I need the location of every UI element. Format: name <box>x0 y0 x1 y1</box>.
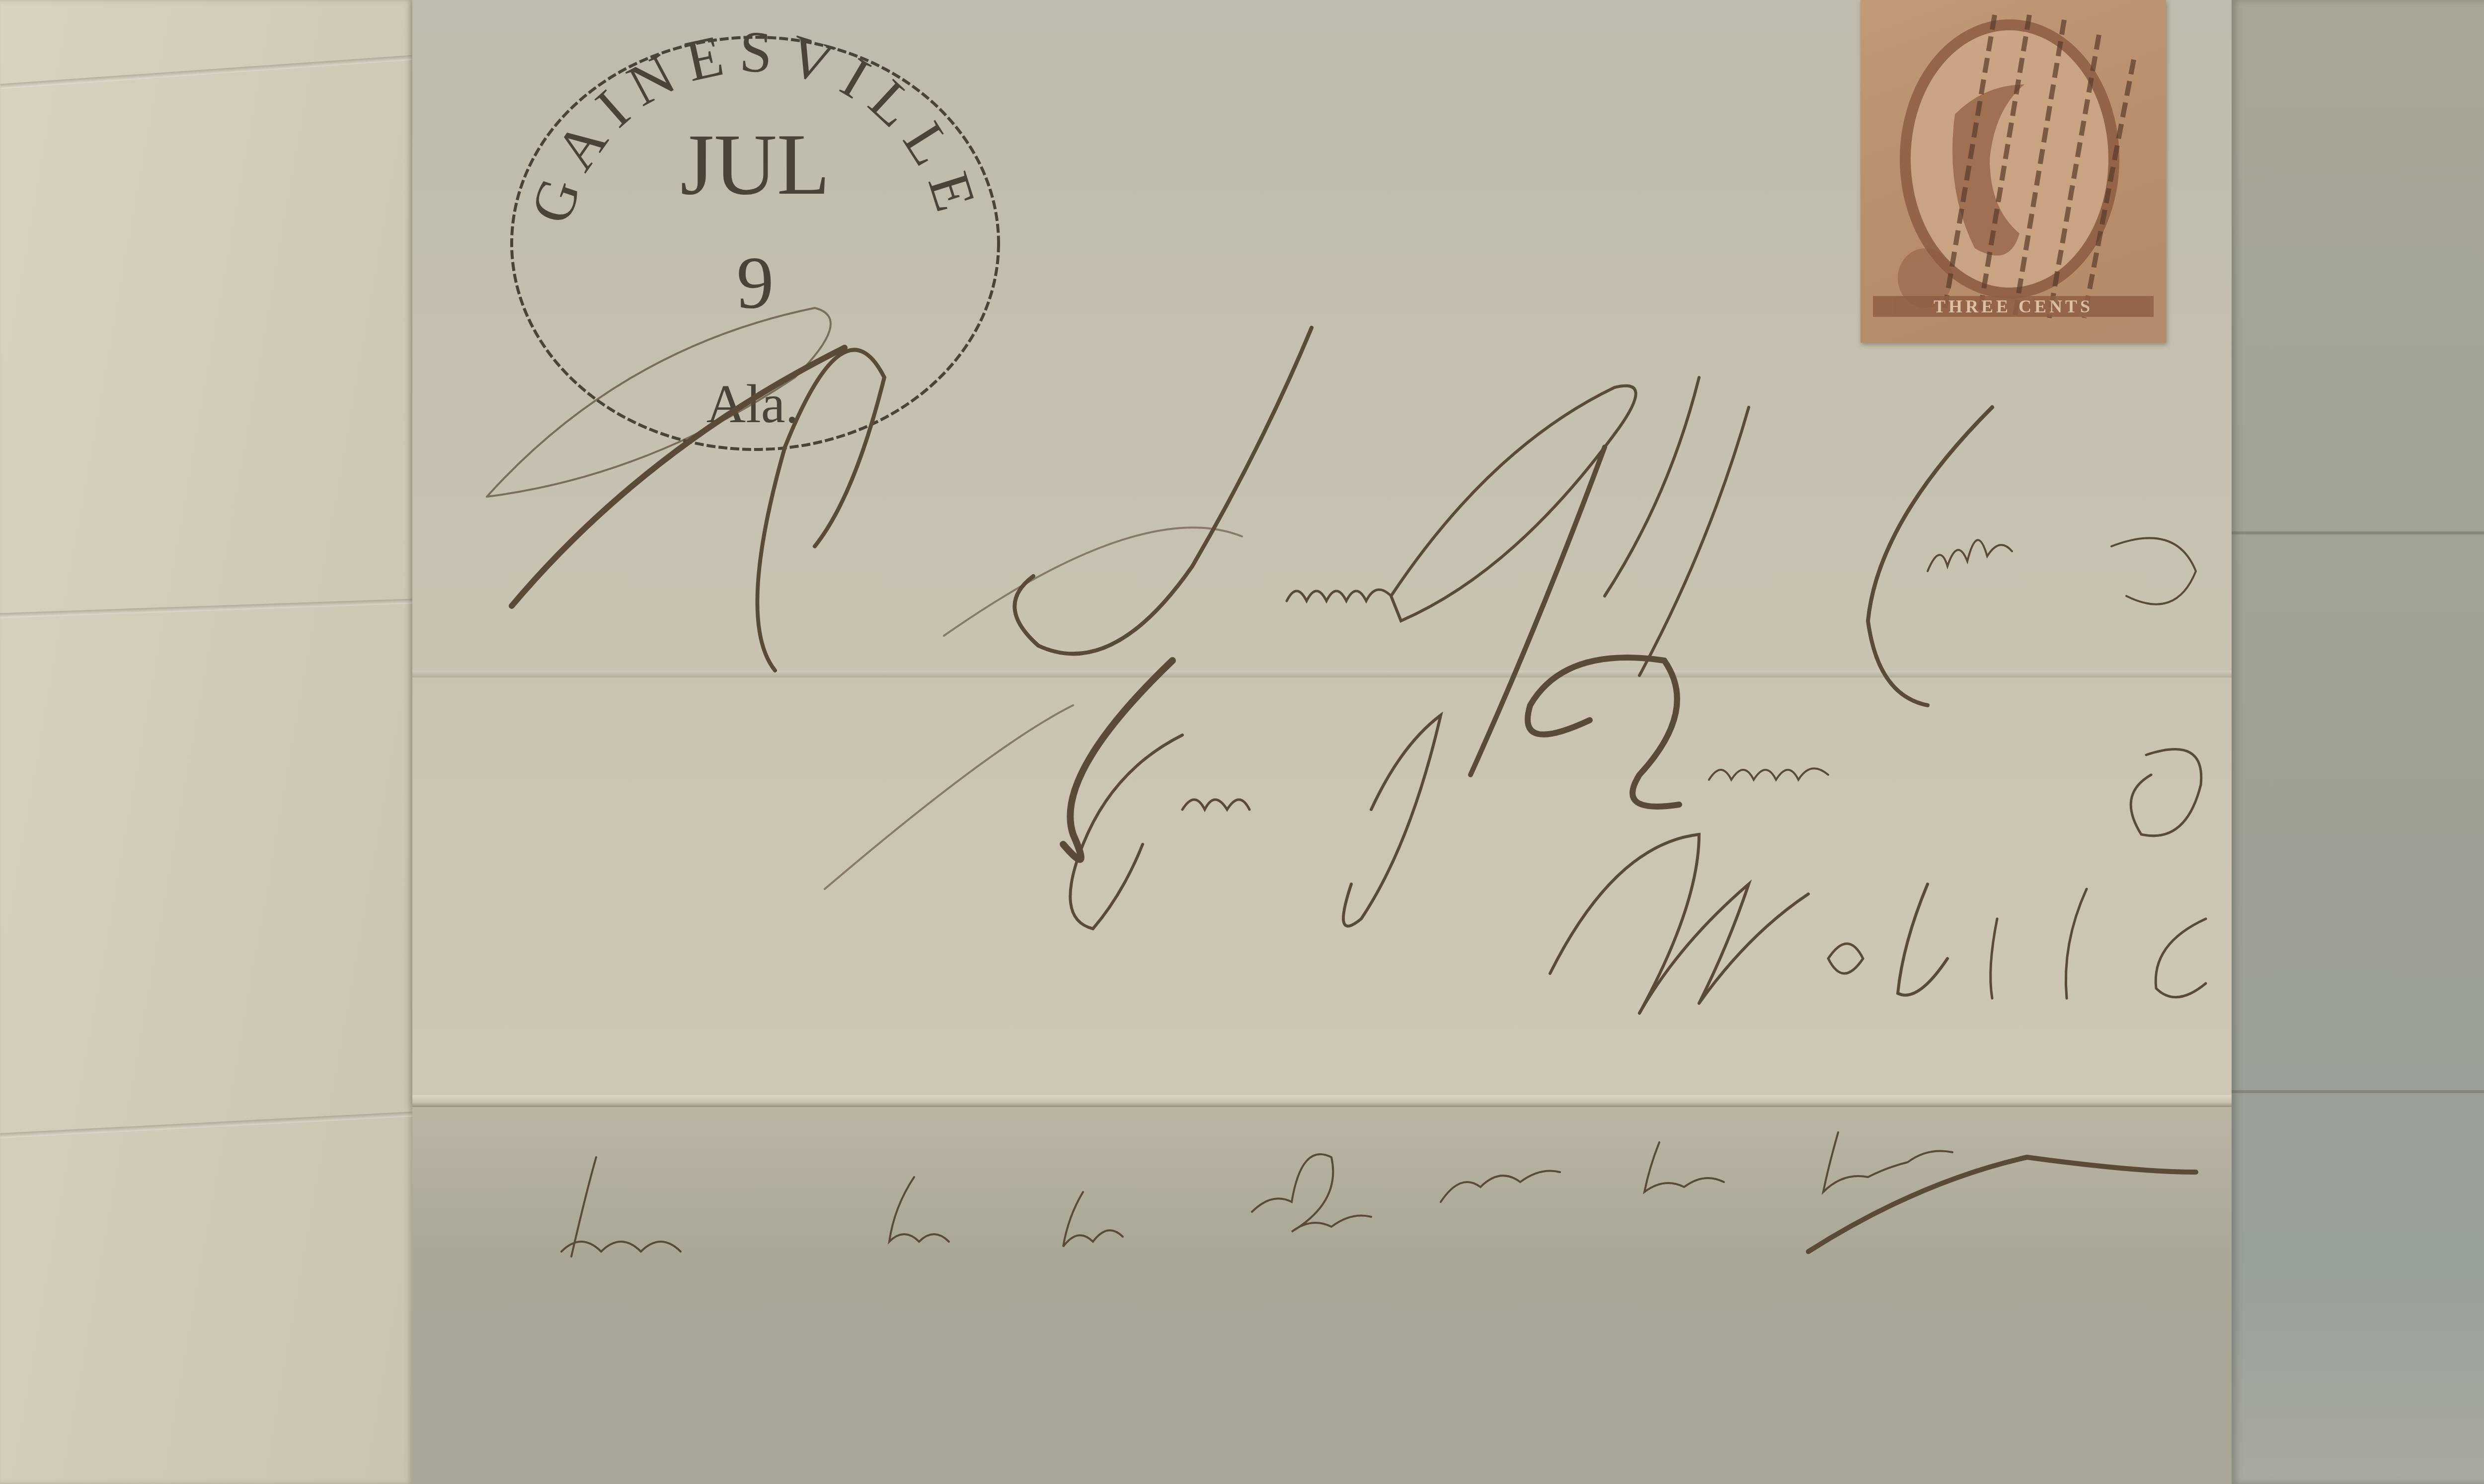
flap-crease <box>0 1112 412 1138</box>
postage-stamp: THREE CENTS <box>1861 0 2166 343</box>
horizontal-fold <box>412 1095 2232 1107</box>
postmark-month: JUL <box>680 116 830 213</box>
flap-crease <box>0 599 412 618</box>
postmark-state: Ala. <box>706 373 799 434</box>
postmark-day: 9 <box>737 242 774 324</box>
panel-crease <box>412 670 2232 677</box>
stamp-denomination: THREE CENTS <box>1873 296 2154 317</box>
right-fold-flap <box>2232 0 2484 1484</box>
flap-crease <box>2232 1090 2484 1093</box>
letter-photo: GAINESVILLE JUL 9 Ala. THREE CENTS <box>0 0 2484 1484</box>
lower-panel <box>412 1103 2232 1484</box>
left-fold-flap <box>0 0 412 1484</box>
postmark: GAINESVILLE JUL 9 Ala. <box>504 10 1006 507</box>
postmark-circle-icon: GAINESVILLE JUL 9 Ala. <box>504 10 1006 507</box>
flap-crease <box>2232 531 2484 534</box>
flap-crease <box>0 55 412 89</box>
washington-portrait-icon <box>1861 0 2166 343</box>
